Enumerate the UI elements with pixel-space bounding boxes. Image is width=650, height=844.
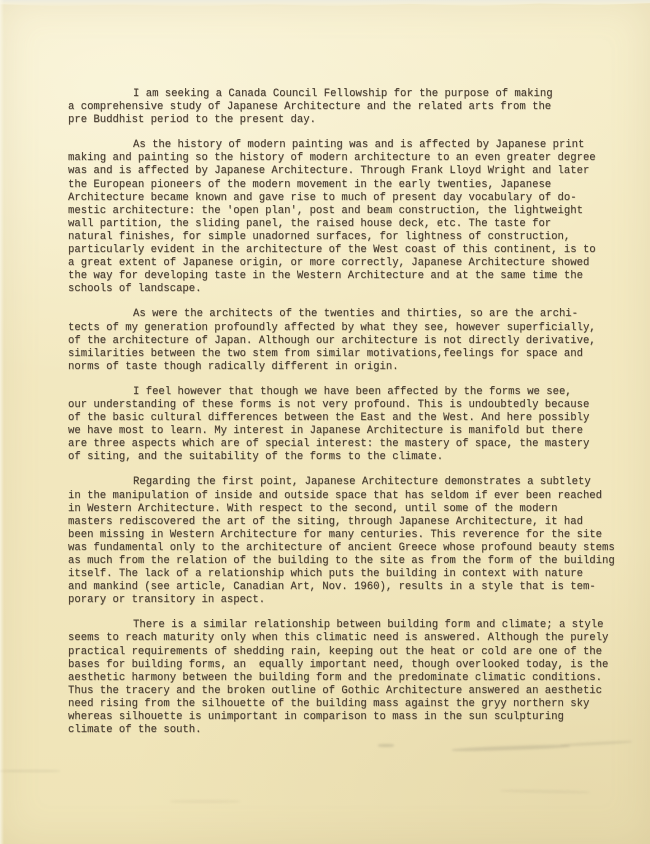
- bleed-through-mark: [0, 770, 60, 772]
- document-line: There is a similar relationship between …: [68, 619, 620, 632]
- document-line: and mankind (see article, Canadian Art, …: [68, 581, 620, 594]
- document-line: the way for developing taste in the West…: [68, 270, 620, 283]
- document-line: particularly evident in the architecture…: [68, 244, 620, 257]
- document-line: aesthetic harmony between the building f…: [68, 672, 620, 685]
- paragraph: I feel however that though we have been …: [68, 386, 620, 465]
- paragraph: Regarding the first point, Japanese Arch…: [68, 476, 620, 607]
- paragraph: As were the architects of the twenties a…: [68, 308, 620, 373]
- document-line: whereas silhouette is unimportant in com…: [68, 711, 620, 724]
- document-line: schools of landscape.: [68, 283, 620, 296]
- paragraph: There is a similar relationship between …: [68, 619, 620, 737]
- document-line: a comprehensive study of Japanese Archit…: [68, 101, 620, 114]
- document-line: practical requirements of shedding rain,…: [68, 646, 620, 659]
- document-line: Thus the tracery and the broken outline …: [68, 685, 620, 698]
- document-line: been missing in Western Architecture for…: [68, 529, 620, 542]
- document-line: I feel however that though we have been …: [68, 386, 620, 399]
- document-line: bases for building forms, an equally imp…: [68, 659, 620, 672]
- document-line: itself. The lack of a relationship which…: [68, 568, 620, 581]
- document-line: mestic architecture: the 'open plan', po…: [68, 205, 620, 218]
- document-line: As were the architects of the twenties a…: [68, 308, 620, 321]
- document-line: was and is affected by Japanese Architec…: [68, 165, 620, 178]
- paper-left-edge: [0, 0, 4, 844]
- paragraph: As the history of modern painting was an…: [68, 139, 620, 296]
- document-line: As the history of modern painting was an…: [68, 139, 620, 152]
- document-line: are three aspects which are of special i…: [68, 438, 620, 451]
- document-line: a great extent of Japanese origin, or mo…: [68, 257, 620, 270]
- document-line: Architecture became known and gave rise …: [68, 192, 620, 205]
- document-line: norms of taste though radically differen…: [68, 361, 620, 374]
- document-line: climate of the south.: [68, 724, 620, 737]
- document-line: our understanding of these forms is not …: [68, 399, 620, 412]
- document-line: of siting, and the suitability of the fo…: [68, 451, 620, 464]
- document-line: pre Buddhist period to the present day.: [68, 114, 620, 127]
- paragraph: I am seeking a Canada Council Fellowship…: [68, 88, 620, 127]
- document-line: we have most to learn. My interest in Ja…: [68, 425, 620, 438]
- bleed-through-mark: [170, 800, 240, 803]
- document-line: was fundamental only to the architecture…: [68, 542, 620, 555]
- document-line: in the manipulation of inside and outsid…: [68, 490, 620, 503]
- bleed-through-mark: [378, 744, 394, 747]
- document-line: need rising from the silhouette of the b…: [68, 698, 620, 711]
- document-line: similarities between the two stem from s…: [68, 348, 620, 361]
- paper-top-edge: [0, 0, 650, 7]
- document-line: of the basic cultural differences betwee…: [68, 412, 620, 425]
- document-line: making and painting so the history of mo…: [68, 152, 620, 165]
- typewritten-page: I am seeking a Canada Council Fellowship…: [0, 0, 650, 844]
- document-line: masters rediscovered the art of the siti…: [68, 516, 620, 529]
- bleed-through-mark: [500, 789, 590, 794]
- document-line: natural finishes, for simple unadorned s…: [68, 231, 620, 244]
- document-line: of the architecture of Japan. Although o…: [68, 335, 620, 348]
- document-line: tects of my generation profoundly affect…: [68, 322, 620, 335]
- document-line: the European pioneers of the modern move…: [68, 179, 620, 192]
- document-line: seems to reach maturity only when this c…: [68, 632, 620, 645]
- document-body: I am seeking a Canada Council Fellowship…: [68, 88, 620, 749]
- document-line: porary or transitory in aspect.: [68, 594, 620, 607]
- document-line: wall partition, the sliding panel, the r…: [68, 218, 620, 231]
- document-line: as much from the relation of the buildin…: [68, 555, 620, 568]
- document-line: Regarding the first point, Japanese Arch…: [68, 476, 620, 489]
- document-line: I am seeking a Canada Council Fellowship…: [68, 88, 620, 101]
- document-line: in Western Architecture. With respect to…: [68, 503, 620, 516]
